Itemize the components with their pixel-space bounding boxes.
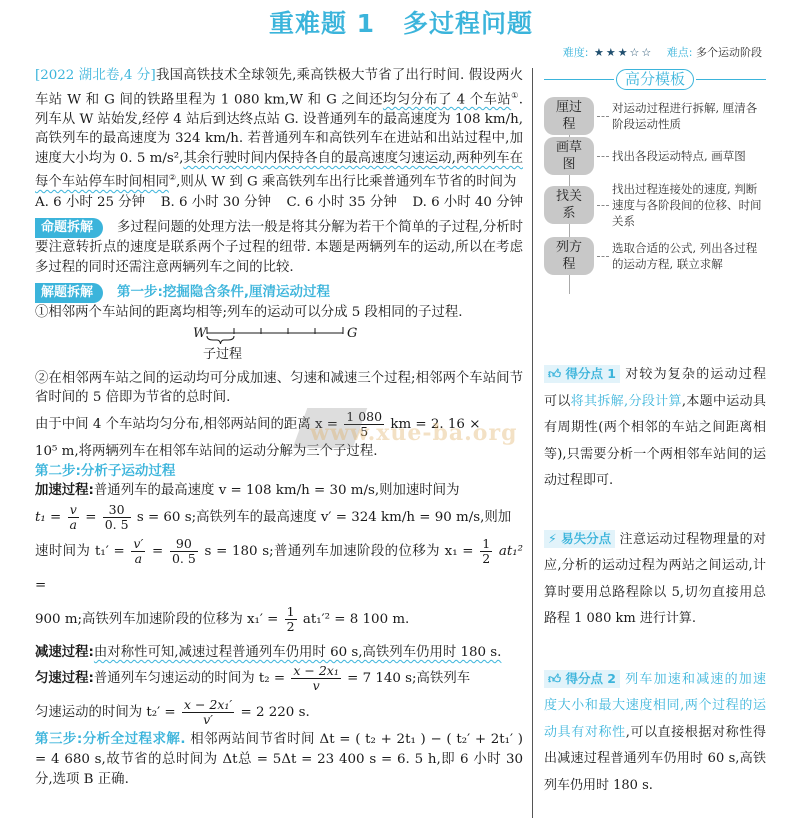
frac-num: x − 2x₁ [291, 664, 340, 679]
option-c: C. 6 小时 35 分钟 [287, 193, 397, 213]
marker-2: ② [169, 173, 176, 182]
frac-num: 1 [285, 605, 297, 620]
focus-value: 多个运动阶段 [696, 46, 762, 59]
fraction: 900. 5 [170, 537, 198, 566]
frac-num: x − 2x₁′ [182, 698, 234, 713]
flow-step: 画草图 找出各段运动特点, 画草图 [544, 136, 766, 176]
analysis-section: 命题拆解多过程问题的处理方法一般是将其分解为若干个简单的子过程,分析时要注意转折… [35, 218, 523, 277]
step-pill: 画草图 [544, 137, 594, 175]
analysis-text: 多过程问题的处理方法一般是将其分解为若干个简单的子过程,分析时要注意转折点的速度… [35, 220, 523, 275]
score-point-1: 👍︎ 得分点 1对较为复杂的运动过程可以将其拆解,分段计算,本题中运动具有周期性… [544, 362, 766, 495]
question-source: [2022 湖北卷,4 分] [35, 68, 156, 83]
frac-num: v [68, 503, 79, 518]
note-tag: 👍︎ 得分点 2 [544, 670, 620, 688]
solution-tag: 解题拆解 [35, 283, 103, 303]
fraction: v′a [131, 537, 145, 566]
marker-1: ① [511, 91, 519, 100]
accel-line-4: 900 m;高铁列车加速阶段的位移为 x₁′ = 12 at₁′² = 8 10… [35, 603, 523, 637]
frac-den: v′ [182, 713, 234, 727]
frac-den: a [68, 518, 79, 532]
score-point-2: 👍︎ 得分点 2列车加速和减速的加速度大小和最大速度相同,两个过程的运动具有对称… [544, 667, 766, 800]
step1-title: 第一步:挖掘隐含条件,厘清运动过程 [117, 284, 330, 300]
step3: 第三步:分析全过程求解. 相邻两站间节省时间 Δt = ( t₂ + 2t₁ )… [35, 730, 523, 789]
key-condition-1: 均匀分布了 4 个车站 [383, 92, 511, 107]
station-diagram: W G 子过程 [35, 325, 523, 369]
step-text: 找出过程连接处的速度, 判断速度与各阶段间的位移、时间关系 [612, 181, 762, 229]
uniform-line-2: 匀速运动的时间为 t₂′ = x − 2x₁′v′ = 2 220 s. [35, 696, 523, 730]
accel-text-4: 900 m;高铁列车加速阶段的位移为 x₁′ = [35, 612, 278, 627]
template-header: 高分模板 [544, 68, 766, 90]
option-b: B. 6 小时 30 分钟 [161, 193, 271, 213]
option-a: A. 6 小时 25 分钟 [35, 193, 145, 213]
frac-num: 30 [103, 503, 131, 518]
question-text-3: ,则从 W 到 G 乘高铁列车出行比乘普通列车节省的时间为 [176, 175, 516, 190]
frac-den: a [131, 552, 145, 566]
fraction: 12 [285, 605, 297, 634]
accel-label: 加速过程: [35, 483, 94, 498]
step-text: 对运动过程进行拆解, 厘清各阶段运动性质 [612, 100, 762, 132]
t1p-eq: 速时间为 t₁′ = [35, 544, 125, 559]
accel-text-3: s = 180 s;普通列车加速阶段的位移为 x₁ = [205, 544, 474, 559]
step1-point1: ①相邻两个车站间的距离均相等;列车的运动可以分成 5 段相同的子过程. [35, 303, 523, 323]
flow-step: 厘过程 对运动过程进行拆解, 厘清各阶段运动性质 [544, 96, 766, 136]
page-title: 重难题 1多过程问题 [0, 4, 802, 40]
sidebar: 高分模板 厘过程 对运动过程进行拆解, 厘清各阶段运动性质 画草图 找出各段运动… [544, 68, 766, 799]
main-column: [2022 湖北卷,4 分]我国高铁技术全球领先,乘高铁极大节省了出行时间. 假… [35, 66, 523, 789]
uniform-text-1: 普通列车匀速运动的时间为 t₂ = [94, 671, 285, 686]
solution-header: 解题拆解第一步:挖掘隐含条件,厘清运动过程 [35, 283, 523, 303]
svg-text:W: W [193, 326, 208, 341]
fraction: x − 2x₁v [291, 664, 340, 693]
fraction: 12 [480, 537, 492, 566]
step3-title: 第三步:分析全过程求解. [35, 731, 186, 747]
accel-text-1: 普通列车的最高速度 v = 108 km/h = 30 m/s,则加速时间为 [94, 483, 460, 498]
flow-step: 列方程 选取合适的公式, 列出各过程的运动方程, 联立求解 [544, 234, 766, 278]
frac-den: 2 [480, 552, 492, 566]
lightning-icon: ⚡︎ [548, 531, 557, 546]
focus-label: 难点: [667, 46, 693, 59]
step-text: 找出各段运动特点, 画草图 [612, 148, 762, 164]
note-tag-label: 得分点 1 [565, 366, 616, 381]
uniform-text-1b: = 7 140 s;高铁列车 [347, 671, 470, 686]
template-title: 高分模板 [616, 69, 694, 90]
fraction: 300. 5 [103, 503, 131, 532]
decel-text: 由对称性可知,减速过程普通列车仍用时 60 s,高铁列车仍用时 180 s. [94, 645, 502, 660]
accel-line-3: 速时间为 t₁′ = v′a = 900. 5 s = 180 s;普通列车加速… [35, 535, 523, 603]
star-rating-icon: ★★★☆☆ [594, 46, 653, 59]
note-tag: 👍︎ 得分点 1 [544, 365, 620, 383]
frac-num: 90 [170, 537, 198, 552]
pitfall-point: ⚡︎ 易失分点注意运动过程物理量的对应,分析的运动过程为两站之间运动,计算时要用… [544, 527, 766, 633]
dash-connector [597, 116, 609, 117]
segment-line-icon: W G 子过程 [193, 325, 373, 369]
note-tag-label: 得分点 2 [565, 671, 616, 686]
fraction: x − 2x₁′v′ [182, 698, 234, 727]
answer-options: A. 6 小时 25 分钟 B. 6 小时 30 分钟 C. 6 小时 35 分… [35, 193, 523, 213]
accel-line-2: t₁ = va = 300. 5 s = 60 s;高铁列车的最高速度 v′ =… [35, 501, 523, 535]
distance-text: 由于中间 4 个车站均匀分布,相邻两站间的距离 x = [35, 417, 338, 432]
uniform-label: 匀速过程: [35, 671, 94, 686]
frac-num: v′ [131, 537, 145, 552]
frac-den: 2 [285, 620, 297, 634]
flow-step: 找关系 找出过程连接处的速度, 判断速度与各阶段间的位移、时间关系 [544, 176, 766, 234]
svg-text:G: G [347, 326, 357, 341]
question-stem: [2022 湖北卷,4 分]我国高铁技术全球领先,乘高铁极大节省了出行时间. 假… [35, 66, 523, 193]
thumbs-up-icon: 👍︎ [548, 366, 561, 381]
accel-text-4b: at₁′² = 8 100 m. [303, 612, 409, 627]
step2-title: 第二步:分析子运动过程 [35, 462, 523, 482]
note-highlight: 将其拆解,分段计算 [571, 394, 682, 409]
frac-den: 0. 5 [103, 518, 131, 532]
divider-line [544, 79, 614, 80]
accel-text-2: s = 60 s;高铁列车的最高速度 v′ = 324 km/h = 90 m/… [137, 510, 511, 525]
title-topic: 多过程问题 [403, 9, 533, 38]
decel-line: 减速过程:由对称性可知,减速过程普通列车仍用时 60 s,高铁列车仍用时 180… [35, 643, 523, 663]
step1-distance-cont: 10⁵ m,将两辆列车在相邻车站间的运动分解为三个子过程. [35, 442, 523, 462]
column-divider [532, 68, 533, 818]
svg-text:子过程: 子过程 [203, 346, 242, 362]
accel-line-1: 加速过程:普通列车的最高速度 v = 108 km/h = 30 m/s,则加速… [35, 481, 523, 501]
step-pill: 找关系 [544, 186, 594, 224]
decel-label: 减速过程: [35, 645, 94, 660]
divider-line [696, 79, 766, 80]
difficulty-label: 难度: [563, 46, 589, 59]
note-tag-label: 易失分点 [561, 531, 611, 546]
dash-connector [597, 156, 609, 157]
title-number: 重难题 1 [269, 9, 375, 38]
uniform-line-1: 匀速过程:普通列车匀速运动的时间为 t₂ = x − 2x₁v = 7 140 … [35, 662, 523, 696]
dash-connector [597, 256, 609, 257]
step1-point2: ②在相邻两车站之间的运动均可分成加速、匀速和减速三个过程;相邻两个车站间节省时间… [35, 369, 523, 408]
thumbs-up-icon: 👍︎ [548, 671, 561, 686]
step1-distance: 由于中间 4 个车站均匀分布,相邻两站间的距离 x = 1 0805 km = … [35, 408, 523, 442]
frac-den: v [291, 679, 340, 693]
t1-eq: t₁ = [35, 510, 61, 525]
frac-den: 0. 5 [170, 552, 198, 566]
analysis-tag: 命题拆解 [35, 218, 103, 238]
option-d: D. 6 小时 40 分钟 [412, 193, 523, 213]
step-pill: 列方程 [544, 237, 594, 275]
fraction: va [68, 503, 79, 532]
frac-num: 1 [480, 537, 492, 552]
uniform-text-2: 匀速运动的时间为 t₂′ = [35, 705, 176, 720]
difficulty-meta: 难度: ★★★☆☆ 难点: 多个运动阶段 [563, 44, 762, 60]
template-flow: 厘过程 对运动过程进行拆解, 厘清各阶段运动性质 画草图 找出各段运动特点, 画… [544, 96, 766, 278]
distance-result: km = 2. 16 × [390, 417, 480, 432]
step-pill: 厘过程 [544, 97, 594, 135]
note-tag: ⚡︎ 易失分点 [544, 530, 615, 548]
dash-connector [597, 205, 609, 206]
step-text: 选取合适的公式, 列出各过程的运动方程, 联立求解 [612, 240, 762, 272]
uniform-text-2b: = 2 220 s. [241, 705, 310, 720]
